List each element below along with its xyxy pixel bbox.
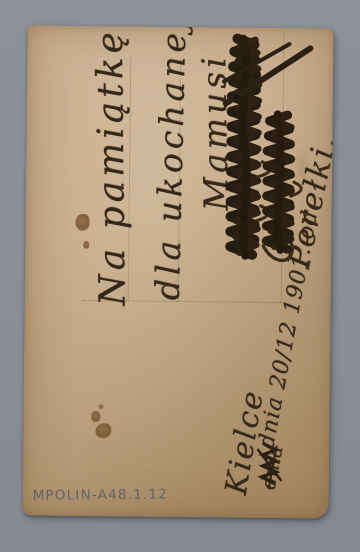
message-line-3: Mamusi bbox=[194, 53, 235, 211]
handwriting-layer: Na pamiątkę dla ukochanej Mamusi Kielce … bbox=[22, 25, 333, 518]
message-line-1: Na pamiątkę bbox=[90, 28, 134, 306]
photo-background: Na pamiątkę dla ukochanej Mamusi Kielce … bbox=[0, 0, 360, 552]
signature: Perełki. bbox=[281, 131, 333, 271]
postcard: Na pamiątkę dla ukochanej Mamusi Kielce … bbox=[22, 25, 333, 518]
message-line-2: dla ukochanej bbox=[148, 25, 194, 300]
catalog-number: MPOLIN-A48.1.12 bbox=[33, 486, 169, 503]
